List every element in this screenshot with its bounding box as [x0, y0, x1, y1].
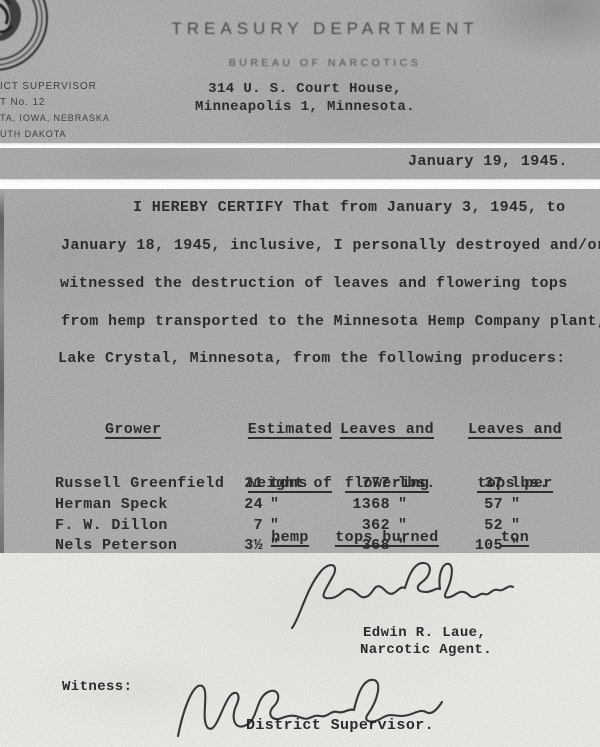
- grower-name: Russell Greenfield: [55, 475, 224, 493]
- bureau-title: BUREAU OF NARCOTICS: [150, 57, 500, 69]
- header-weight-line1: Estimated: [248, 422, 333, 439]
- states-label-1: TA, IOWA, NEBRASKA: [0, 113, 110, 123]
- witness-label: Witness:: [62, 678, 132, 696]
- burned-value: 368: [328, 537, 390, 555]
- per-ton-unit: ": [511, 517, 520, 535]
- column-header-grower: Grower: [105, 385, 161, 475]
- grower-name: Nels Peterson: [55, 537, 177, 555]
- grower-name: Herman Speck: [55, 496, 168, 514]
- header-grower-text: Grower: [105, 422, 161, 439]
- per-ton-value: 57: [449, 496, 503, 514]
- table-row: Nels Peterson 3½ " 368 " 105 ": [0, 537, 600, 555]
- weight-value: 24: [225, 496, 263, 514]
- burned-unit: ": [398, 517, 407, 535]
- table-row: Herman Speck 24 " 1368 " 57 ": [0, 496, 600, 514]
- supervisor-label: ICT SUPERVISOR: [0, 81, 97, 92]
- scanned-document: TREASURY DEPARTMENT BUREAU OF NARCOTICS …: [0, 0, 600, 747]
- witness-signature: [172, 672, 447, 744]
- burned-unit: ": [398, 496, 407, 514]
- burned-value: 777: [328, 475, 390, 493]
- agent-typed-title: Narcotic Agent.: [360, 641, 492, 659]
- certificate-line-4: from hemp transported to the Minnesota H…: [61, 313, 600, 331]
- burned-unit: ": [398, 537, 407, 555]
- certificate-line-1: I HEREBY CERTIFY That from January 3, 19…: [133, 199, 565, 217]
- district-number-label: T No. 12: [0, 97, 45, 108]
- weight-unit: ": [270, 537, 279, 555]
- treasury-seal-icon: [0, 0, 52, 80]
- department-title: TREASURY DEPARTMENT: [150, 19, 500, 39]
- burned-value: 1368: [328, 496, 390, 514]
- weight-unit: ": [270, 517, 279, 535]
- agent-signature: [282, 554, 517, 630]
- date-line: January 19, 1945.: [408, 153, 568, 171]
- grower-name: F. W. Dillon: [55, 517, 168, 535]
- certificate-line-2: January 18, 1945, inclusive, I personall…: [61, 237, 600, 255]
- weight-value: 21: [225, 475, 263, 493]
- per-ton-unit: ": [511, 496, 520, 514]
- address-line-1: 314 U. S. Court House,: [118, 80, 492, 98]
- per-ton-unit: ": [511, 537, 520, 555]
- table-row: Russell Greenfield 21 tons 777 lbs. 37 l…: [0, 475, 600, 493]
- address-line-2: Minneapolis 1, Minnesota.: [118, 98, 492, 116]
- burned-value: 362: [328, 517, 390, 535]
- certificate-line-5: Lake Crystal, Minnesota, from the follow…: [58, 350, 566, 368]
- header-ton-line1: Leaves and: [468, 422, 562, 439]
- certificate-line-3: witnessed the destruction of leaves and …: [60, 275, 568, 293]
- states-label-2: UTH DAKOTA: [0, 129, 66, 139]
- weight-value: 3½: [225, 537, 263, 555]
- weight-unit: tons: [270, 475, 308, 493]
- per-ton-value: 105: [449, 537, 503, 555]
- per-ton-value: 52: [449, 517, 503, 535]
- per-ton-unit: lbs.: [511, 475, 549, 493]
- burned-unit: lbs.: [398, 475, 436, 493]
- per-ton-value: 37: [449, 475, 503, 493]
- table-row: F. W. Dillon 7 " 362 " 52 ": [0, 517, 600, 535]
- header-burned-line1: Leaves and: [340, 422, 434, 439]
- weight-value: 7: [225, 517, 263, 535]
- weight-unit: ": [270, 496, 279, 514]
